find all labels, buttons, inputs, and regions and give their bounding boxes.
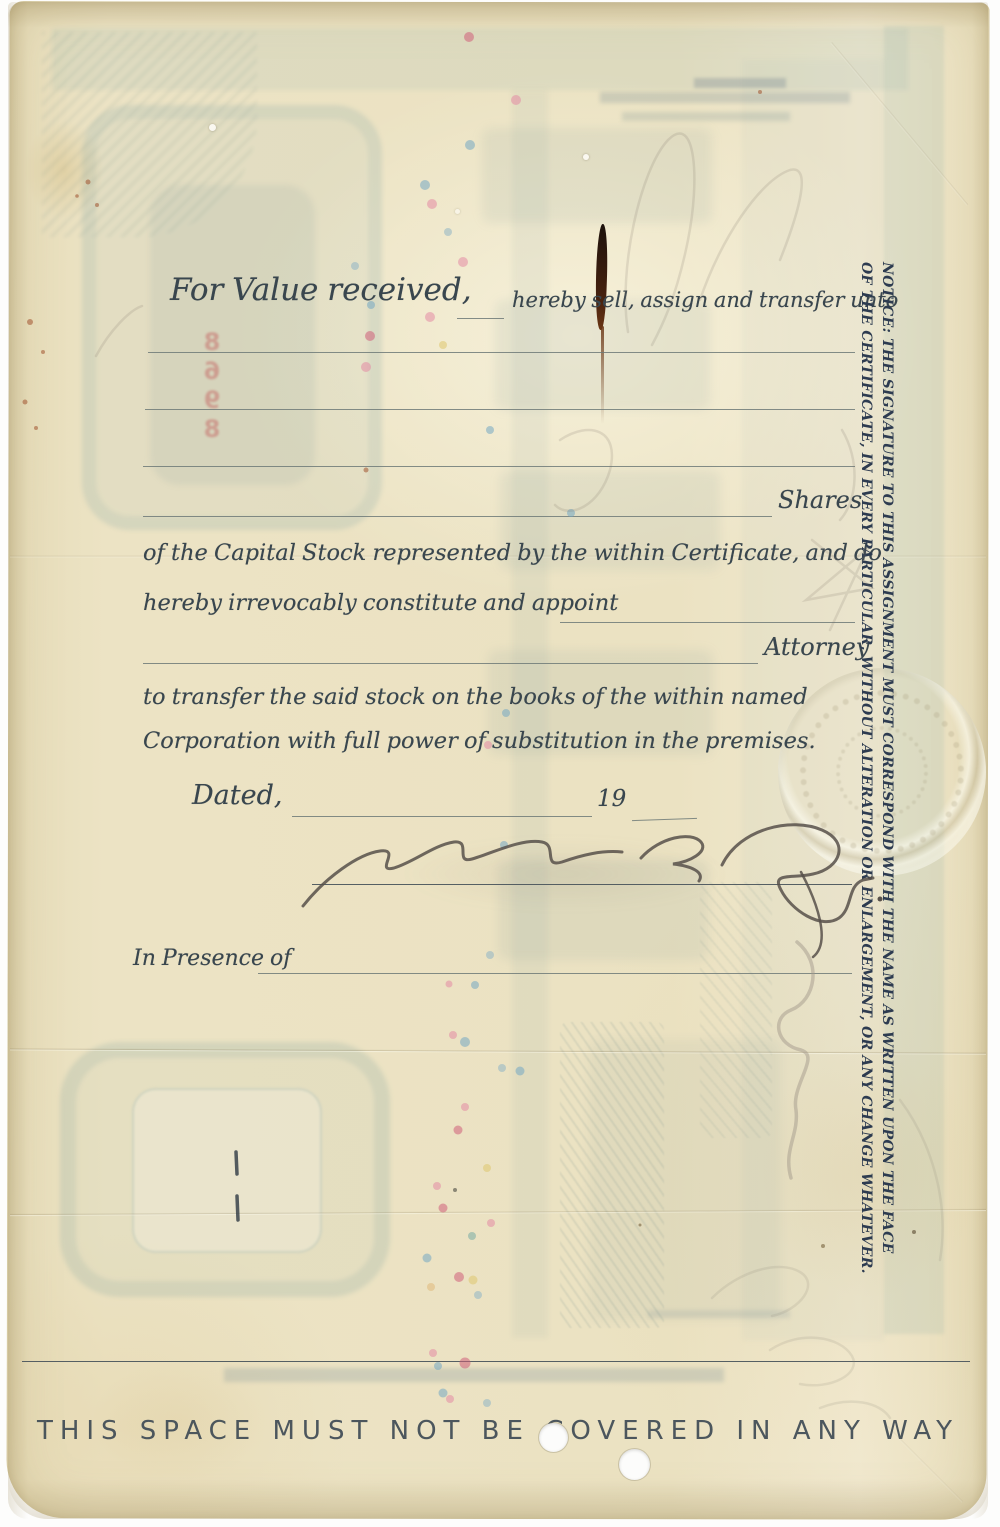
blank-line-3 — [143, 466, 855, 467]
witness-blank-line — [258, 973, 852, 974]
clause-capital-stock: of the Capital Stock represented by the … — [143, 540, 882, 566]
witness-label: In Presence of — [133, 946, 291, 971]
paper-sheet — [6, 1, 989, 1520]
punch-hole — [619, 1449, 650, 1480]
signature-line — [312, 884, 852, 885]
certificate-back-scan: 8698 For Value received, hereby sell, as… — [0, 0, 1000, 1527]
blank-short — [457, 318, 504, 319]
clause-appoint: hereby irrevocably constitute and appoin… — [143, 590, 618, 616]
attorney-blank-line — [143, 663, 758, 664]
shares-blank-line — [143, 516, 772, 517]
notice-line-2: OF THE CERTIFICATE, IN EVERY PARTICULAR,… — [855, 262, 876, 1034]
attorney-label: Attorney — [764, 633, 869, 661]
opening-continuation: hereby sell, assign and transfer unto — [512, 288, 898, 312]
pin-hole — [583, 154, 589, 160]
punch-hole — [539, 1423, 568, 1452]
shares-label: Shares — [778, 486, 862, 514]
footer-warning: THIS SPACE MUST NOT BE COVERED IN ANY WA… — [8, 1416, 988, 1446]
clause-transfer: to transfer the said stock on the books … — [143, 684, 808, 710]
dated-blank-line — [292, 816, 592, 817]
blank-line-1 — [148, 352, 855, 353]
notice-block: NOTICE: THE SIGNATURE TO THIS ASSIGNMENT… — [855, 262, 897, 1034]
dated-label: Dated, — [192, 780, 282, 811]
pin-hole — [455, 209, 460, 214]
clause-substitution: Corporation with full power of substitut… — [143, 728, 816, 754]
opening-phrase: For Value received, — [170, 272, 472, 308]
appoint-blank-line — [560, 622, 855, 623]
footer-rule — [22, 1361, 970, 1362]
pin-hole — [209, 124, 216, 131]
year-prefix: 19 — [597, 786, 626, 812]
blank-line-2 — [145, 409, 855, 410]
notice-line-1: NOTICE: THE SIGNATURE TO THIS ASSIGNMENT… — [876, 262, 897, 1034]
